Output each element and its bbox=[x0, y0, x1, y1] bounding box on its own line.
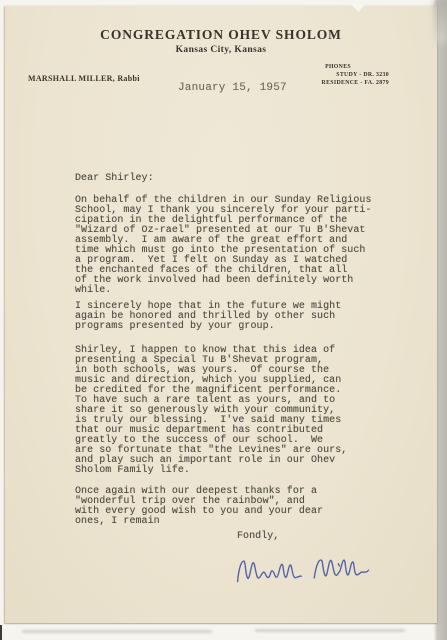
letter-body-paragraphs: On behalf of the children in our Sunday … bbox=[75, 196, 395, 527]
letter-line: Sholom Family life. bbox=[75, 466, 395, 476]
letter-line: ones, I remain bbox=[75, 517, 395, 527]
signature bbox=[230, 546, 371, 595]
letter-line: of the work involved had been definitely… bbox=[75, 276, 395, 286]
letter-line: while. bbox=[75, 286, 395, 296]
paragraph: On behalf of the children in our Sunday … bbox=[75, 196, 395, 296]
phone-residence: RESIDENCE - FA. 2879 bbox=[322, 79, 389, 87]
paper-tear bbox=[351, 4, 365, 12]
scanned-letter: CONGREGATION OHEV SHOLOM Kansas City, Ka… bbox=[0, 0, 447, 640]
letterhead-organization: CONGREGATION OHEV SHOLOM bbox=[5, 27, 437, 43]
paragraph: I sincerely hope that in the future we m… bbox=[75, 302, 395, 332]
phone-study: STUDY - DR. 3230 bbox=[322, 71, 389, 79]
salutation: Dear Shirley: bbox=[75, 174, 395, 184]
letter-body: Dear Shirley: On behalf of the children … bbox=[75, 174, 395, 527]
date-line: January 15, 1957 bbox=[178, 82, 287, 94]
scan-smudge bbox=[255, 629, 405, 632]
scan-smudge bbox=[22, 630, 212, 633]
scan-edge-mark bbox=[0, 625, 2, 640]
closing: Fondly, bbox=[237, 532, 279, 542]
letter-paper: CONGREGATION OHEV SHOLOM Kansas City, Ka… bbox=[4, 6, 437, 623]
letterhead-phones: PHONES STUDY - DR. 3230 RESIDENCE - FA. … bbox=[322, 63, 389, 87]
letter-line: programs presented by your group. bbox=[75, 322, 395, 332]
paragraph: Once again with our deepest thanks for a… bbox=[75, 487, 395, 527]
scan-smudge bbox=[433, 0, 447, 48]
paragraph: Shirley, I happen to know that this idea… bbox=[75, 346, 395, 476]
letterhead-location: Kansas City, Kansas bbox=[5, 45, 437, 55]
letterhead-rabbi-name: MARSHALL MILLER, Rabbi bbox=[28, 74, 140, 83]
phones-label: PHONES bbox=[322, 63, 351, 71]
